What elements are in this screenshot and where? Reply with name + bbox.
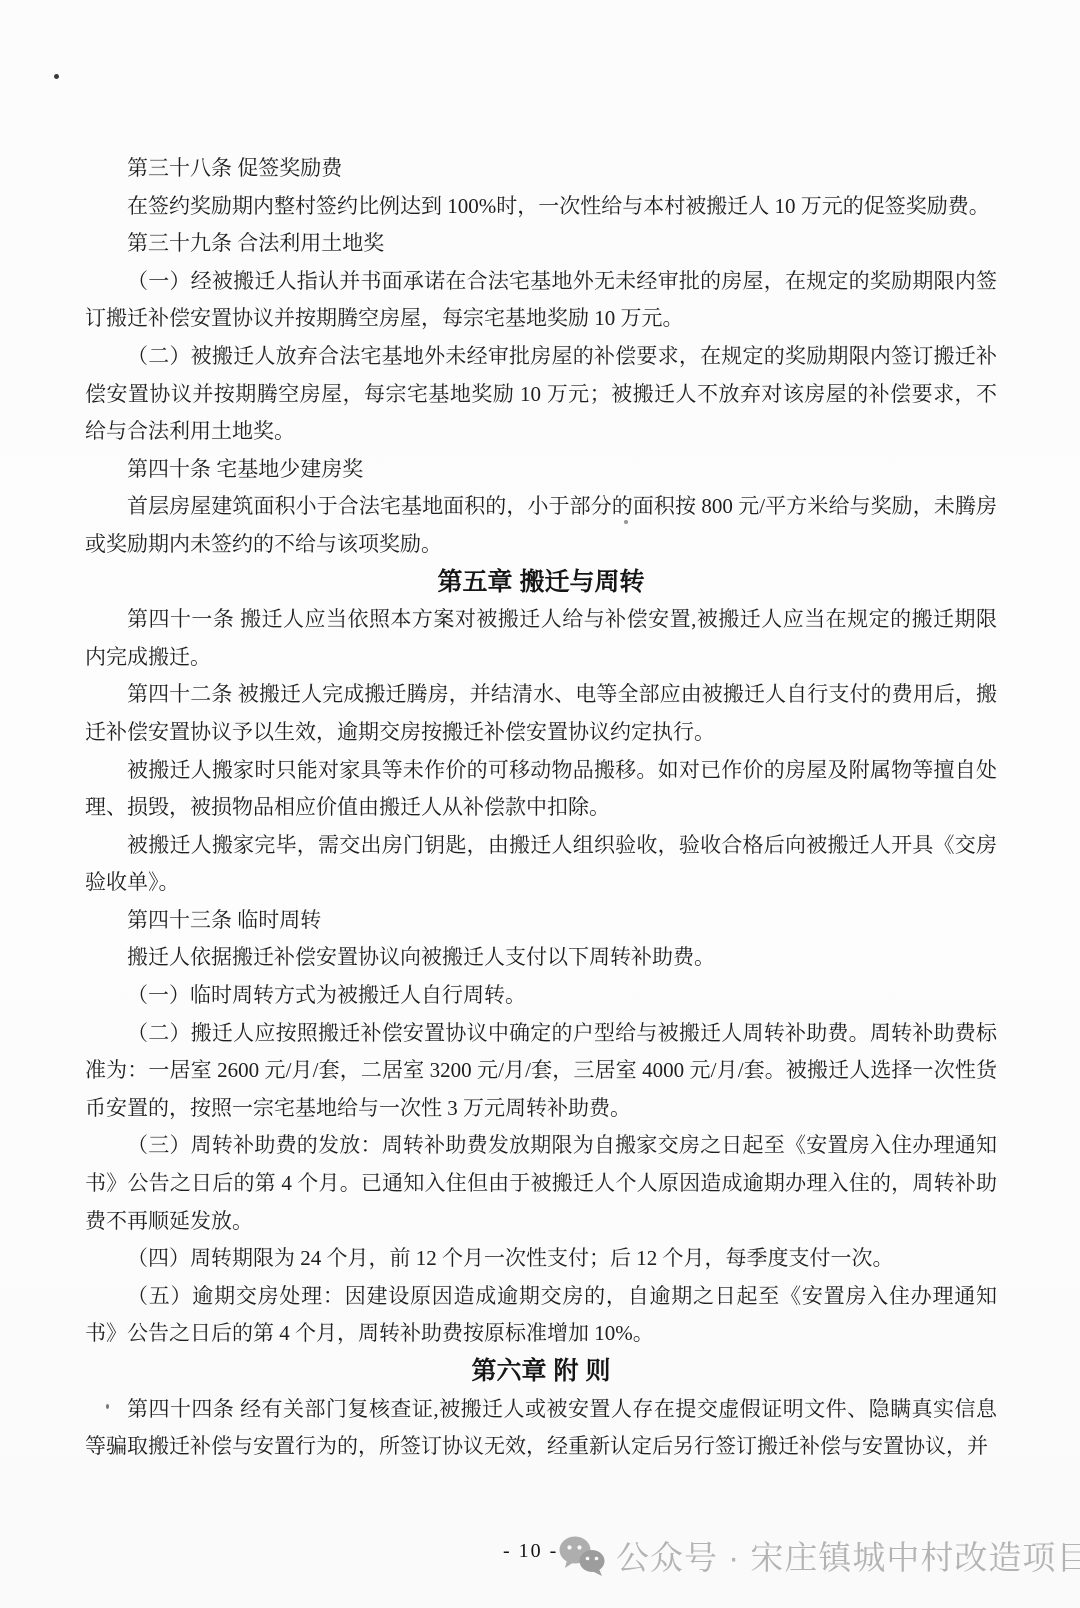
page-footer: - 10 - 公众号 · 宋庄镇城中村改造项目 [0,1530,1080,1600]
clause-heading: 第三十九条 合法利用土地奖 [85,225,997,263]
chapter-heading: 第五章 搬迁与周转 [85,564,997,602]
clause-paragraph: （二）被搬迁人放弃合法宅基地外未经审批房屋的补偿要求，在规定的奖励期限内签订搬迁… [85,338,997,451]
clause-paragraph: 首层房屋建筑面积小于合法宅基地面积的，小于部分的面积按 800 元/平方米给与奖… [85,488,997,563]
document-page: 第三十八条 促签奖励费 在签约奖励期内整村签约比例达到 100%时，一次性给与本… [0,0,1080,1608]
scan-speck [54,74,59,79]
document-body: 第三十八条 促签奖励费 在签约奖励期内整村签约比例达到 100%时，一次性给与本… [85,150,997,1466]
clause-paragraph: 搬迁人依据搬迁补偿安置协议向被搬迁人支付以下周转补助费。 [85,939,997,977]
clause-paragraph: 第四十一条 搬迁人应当依照本方案对被搬迁人给与补偿安置,被搬迁人应当在规定的搬迁… [85,601,997,676]
clause-paragraph: 被搬迁人搬家时只能对家具等未作价的可移动物品搬移。如对已作价的房屋及附属物等擅自… [85,752,997,827]
clause-heading: 第三十八条 促签奖励费 [85,150,997,188]
clause-paragraph: （一）临时周转方式为被搬迁人自行周转。 [85,977,997,1015]
page-number: - 10 - [503,1540,558,1563]
clause-paragraph: （三）周转补助费的发放：周转补助费发放期限为自搬家交房之日起至《安置房入住办理通… [85,1127,997,1240]
watermark-text: 公众号 · 宋庄镇城中村改造项目 [616,1532,1080,1579]
clause-paragraph: （四）周转期限为 24 个月，前 12 个月一次性支付；后 12 个月，每季度支… [85,1240,997,1278]
clause-heading: 第四十三条 临时周转 [85,902,997,940]
clause-paragraph: （一）经被搬迁人指认并书面承诺在合法宅基地外无未经审批的房屋，在规定的奖励期限内… [85,263,997,338]
clause-paragraph: 在签约奖励期内整村签约比例达到 100%时，一次性给与本村被搬迁人 10 万元的… [85,188,997,226]
clause-heading: 第四十条 宅基地少建房奖 [85,451,997,489]
clause-paragraph: （二）搬迁人应按照搬迁补偿安置协议中确定的户型给与被搬迁人周转补助费。周转补助费… [85,1015,997,1128]
wechat-icon [558,1535,608,1577]
watermark: 公众号 · 宋庄镇城中村改造项目 [558,1532,1080,1579]
clause-paragraph: 第四十二条 被搬迁人完成搬迁腾房，并结清水、电等全部应由被搬迁人自行支付的费用后… [85,676,997,751]
clause-paragraph: 被搬迁人搬家完毕，需交出房门钥匙，由搬迁人组织验收，验收合格后向被搬迁人开具《交… [85,827,997,902]
clause-paragraph: （五）逾期交房处理：因建设原因造成逾期交房的，自逾期之日起至《安置房入住办理通知… [85,1278,997,1353]
chapter-heading: 第六章 附 则 [85,1353,997,1391]
clause-paragraph: 第四十四条 经有关部门复核查证,被搬迁人或被安置人存在提交虚假证明文件、隐瞒真实… [85,1391,997,1466]
